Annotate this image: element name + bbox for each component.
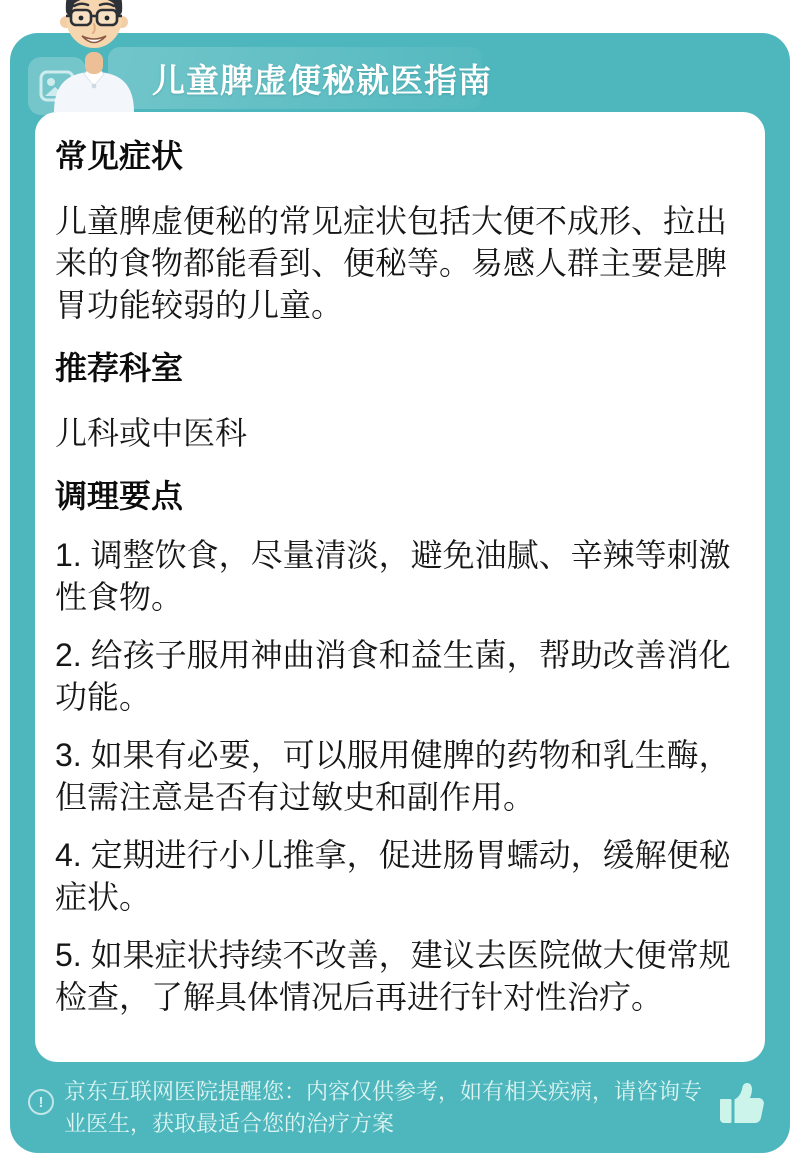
footer: ! 京东互联网医院提醒您：内容仅供参考，如有相关疾病，请咨询专业医生，获取最适合…	[10, 1062, 790, 1153]
care-item-3: 3. 如果有必要，可以服用健脾的药物和乳生酶，但需注意是否有过敏史和副作用。	[55, 734, 745, 818]
exclamation-circle-icon: !	[28, 1089, 54, 1115]
care-item-2: 2. 给孩子服用神曲消食和益生菌，帮助改善消化功能。	[55, 634, 745, 718]
doctor-cartoon-avatar	[40, 0, 148, 112]
care-item-1: 1. 调整饮食，尽量清淡，避免油腻、辛辣等刺激性食物。	[55, 534, 745, 618]
guide-card: 儿童脾虚便秘就医指南	[10, 33, 790, 1153]
page-title: 儿童脾虚便秘就医指南	[152, 55, 492, 102]
thumbs-up-icon[interactable]	[716, 1080, 766, 1129]
section-heading-symptoms: 常见症状	[55, 134, 745, 178]
care-item-5: 5. 如果症状持续不改善，建议去医院做大便常规检查，了解具体情况后再进行针对性治…	[55, 934, 745, 1018]
section-heading-department: 推荐科室	[55, 346, 745, 390]
header: 儿童脾虚便秘就医指南	[10, 33, 790, 112]
content-card: 常见症状 儿童脾虚便秘的常见症状包括大便不成形、拉出来的食物都能看到、便秘等。易…	[35, 112, 765, 1062]
symptoms-body: 儿童脾虚便秘的常见症状包括大便不成形、拉出来的食物都能看到、便秘等。易感人群主要…	[55, 200, 745, 326]
department-body: 儿科或中医科	[55, 412, 745, 454]
section-heading-care: 调理要点	[55, 474, 745, 518]
disclaimer-text: 京东互联网医院提醒您：内容仅供参考，如有相关疾病，请咨询专业医生，获取最适合您的…	[64, 1076, 716, 1140]
care-item-4: 4. 定期进行小儿推拿，促进肠胃蠕动，缓解便秘症状。	[55, 834, 745, 918]
